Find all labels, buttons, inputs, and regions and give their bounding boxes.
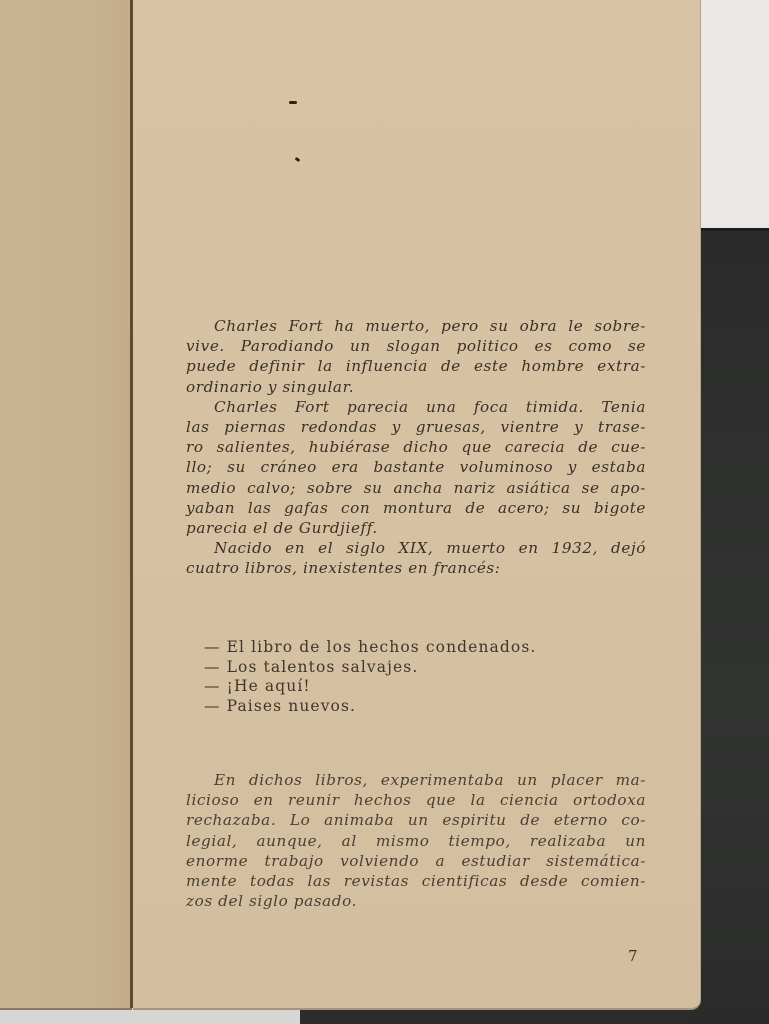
text-line: rechazaba. Lo animaba un espiritu de ete…	[186, 810, 646, 830]
text-line: zos del siglo pasado.	[186, 891, 646, 911]
background-white-sheet	[690, 0, 769, 230]
page-number: 7	[628, 947, 638, 965]
text-line: licioso en reunir hechos que la ciencia …	[186, 790, 646, 810]
text-line: puede definir la influencia de este homb…	[186, 356, 646, 376]
text-line: Nacido en el siglo XIX, muerto en 1932, …	[186, 538, 646, 558]
text-line: vive. Parodiando un slogan politico es c…	[186, 336, 646, 356]
paragraph-3: Nacido en el siglo XIX, muerto en 1932, …	[186, 538, 646, 578]
text-line: Charles Fort ha muerto, pero su obra le …	[186, 316, 646, 336]
text-line: En dichos libros, experimentaba un place…	[186, 770, 646, 790]
book-list-item: — ¡He aquí!	[204, 677, 664, 697]
text-line: parecia el de Gurdjieff.	[186, 518, 646, 538]
book-list-item: — El libro de los hechos condenados.	[204, 638, 664, 658]
paragraph-4: En dichos libros, experimentaba un place…	[186, 770, 646, 911]
book-list: — El libro de los hechos condenados. — L…	[204, 638, 664, 716]
text-line: ordinario y singular.	[186, 377, 646, 397]
text-line: enorme trabajo volviendo a estudiar sist…	[186, 851, 646, 871]
text-line: ro salientes, hubiérase dicho que careci…	[186, 437, 646, 457]
text-line: cuatro libros, inexistentes en francés:	[186, 558, 646, 578]
intro-text: Charles Fort ha muerto, pero su obra le …	[186, 316, 646, 579]
book-list-item: — Los talentos salvajes.	[204, 658, 664, 678]
background-dark-surface	[690, 228, 769, 1024]
left-page	[0, 0, 132, 1010]
paper-speck	[289, 101, 297, 104]
book-list-item: — Paises nuevos.	[204, 697, 664, 717]
paragraph-2: Charles Fort parecia una foca timida. Te…	[186, 397, 646, 538]
text-line: las piernas redondas y gruesas, vientre …	[186, 417, 646, 437]
text-line: mente todas las revistas cientificas des…	[186, 871, 646, 891]
text-line: llo; su cráneo era bastante voluminoso y…	[186, 457, 646, 477]
text-line: Charles Fort parecia una foca timida. Te…	[186, 397, 646, 417]
outro-text: En dichos libros, experimentaba un place…	[186, 770, 646, 911]
text-line: legial, aunque, al mismo tiempo, realiza…	[186, 831, 646, 851]
paragraph-1: Charles Fort ha muerto, pero su obra le …	[186, 316, 646, 397]
text-line: yaban las gafas con montura de acero; su…	[186, 498, 646, 518]
text-line: medio calvo; sobre su ancha nariz asiáti…	[186, 478, 646, 498]
